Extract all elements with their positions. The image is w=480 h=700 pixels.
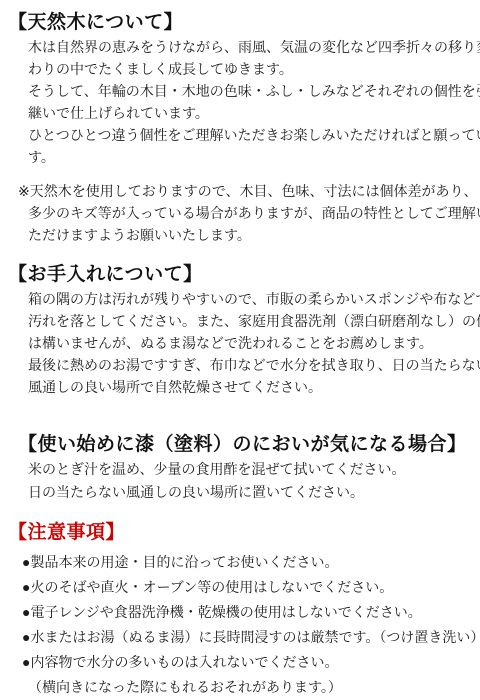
body-line: 箱の隅の方は汚れが残りやすいので、市販の柔らかいスポンジや布などで	[28, 288, 474, 310]
body-line: 最後に熱めのお湯ですすぎ、布巾などで水分を拭き取り、日の当たらない	[28, 354, 474, 376]
caution-item: ●製品本来の用途・目的に沿ってお使いください。	[22, 550, 474, 575]
section-body-first-use-smell: 米のとぎ汁を温め、少量の食用酢を混ぜて拭いてください。 日の当たらない風通しの良…	[28, 458, 474, 504]
body-line: 日の当たらない風通しの良い場所に置いてください。	[28, 481, 474, 504]
section-heading-cautions: 【注意事項】	[8, 520, 474, 546]
note-line: 多少のキズ等が入っている場合がありますが、商品の特性としてご理解い	[28, 202, 474, 224]
section-heading-first-use-smell: 【使い始めに漆（塗料）のにおいが気になる場合】	[18, 432, 474, 458]
caution-item: ●電子レンジや食器洗浄機・乾燥機の使用はしないでください。	[22, 600, 474, 625]
note-line: ※天然木を使用しておりますので、木目、色味、寸法には個体差があり、	[18, 180, 474, 202]
body-line: ひとつひとつ違う個性をご理解いただきお楽しみいただければと願っていま	[28, 124, 474, 146]
body-line: 継いで仕上げられています。	[28, 102, 474, 124]
body-line: 風通しの良い場所で自然乾燥させてください。	[28, 376, 474, 398]
body-line: 汚れを落としてください。また、家庭用食器洗剤（漂白研磨剤なし）の使用	[28, 310, 474, 332]
section-heading-natural-wood: 【天然木について】	[8, 10, 474, 36]
body-line: は構いませんが、ぬるま湯などで洗われることをお薦めします。	[28, 332, 474, 354]
section-cautions: 【注意事項】 ●製品本来の用途・目的に沿ってお使いください。 ●火のそばや直火・…	[8, 520, 474, 700]
body-line: そうして、年輪の木目・木地の色味・ふし・しみなどそれぞれの個性を引き	[28, 80, 474, 102]
caution-item-continuation: （横向きになった際にもれるおそれがあります。）	[28, 675, 474, 700]
caution-item: ●内容物で水分の多いものは入れないでください。	[22, 650, 474, 675]
section-first-use-smell: 【使い始めに漆（塗料）のにおいが気になる場合】 米のとぎ汁を温め、少量の食用酢を…	[8, 432, 474, 504]
caution-list: ●製品本来の用途・目的に沿ってお使いください。 ●火のそばや直火・オーブン等の使…	[22, 550, 474, 700]
section-body-natural-wood: 木は自然界の恵みをうけながら、雨風、気温の変化など四季折々の移り変 わりの中でた…	[28, 36, 474, 168]
care-instruction-sheet: 【天然木について】 木は自然界の恵みをうけながら、雨風、気温の変化など四季折々の…	[0, 0, 480, 700]
caution-item: ●水またはお湯（ぬるま湯）に長時間浸すのは厳禁です。（つけ置き洗い）	[22, 625, 474, 650]
body-line: 米のとぎ汁を温め、少量の食用酢を混ぜて拭いてください。	[28, 458, 474, 481]
natural-wood-disclaimer: ※天然木を使用しておりますので、木目、色味、寸法には個体差があり、 多少のキズ等…	[18, 180, 474, 246]
section-care: 【お手入れについて】 箱の隅の方は汚れが残りやすいので、市販の柔らかいスポンジや…	[8, 262, 474, 398]
note-line: ただけますようお願いいたします。	[28, 224, 474, 246]
body-line: 木は自然界の恵みをうけながら、雨風、気温の変化など四季折々の移り変	[28, 36, 474, 58]
caution-item: ●火のそばや直火・オーブン等の使用はしないでください。	[22, 575, 474, 600]
body-line: わりの中でたくましく成長してゆきます。	[28, 58, 474, 80]
section-heading-care: 【お手入れについて】	[8, 262, 474, 288]
section-natural-wood: 【天然木について】 木は自然界の恵みをうけながら、雨風、気温の変化など四季折々の…	[8, 10, 474, 246]
section-body-care: 箱の隅の方は汚れが残りやすいので、市販の柔らかいスポンジや布などで 汚れを落とし…	[28, 288, 474, 398]
body-line: す。	[28, 146, 474, 168]
